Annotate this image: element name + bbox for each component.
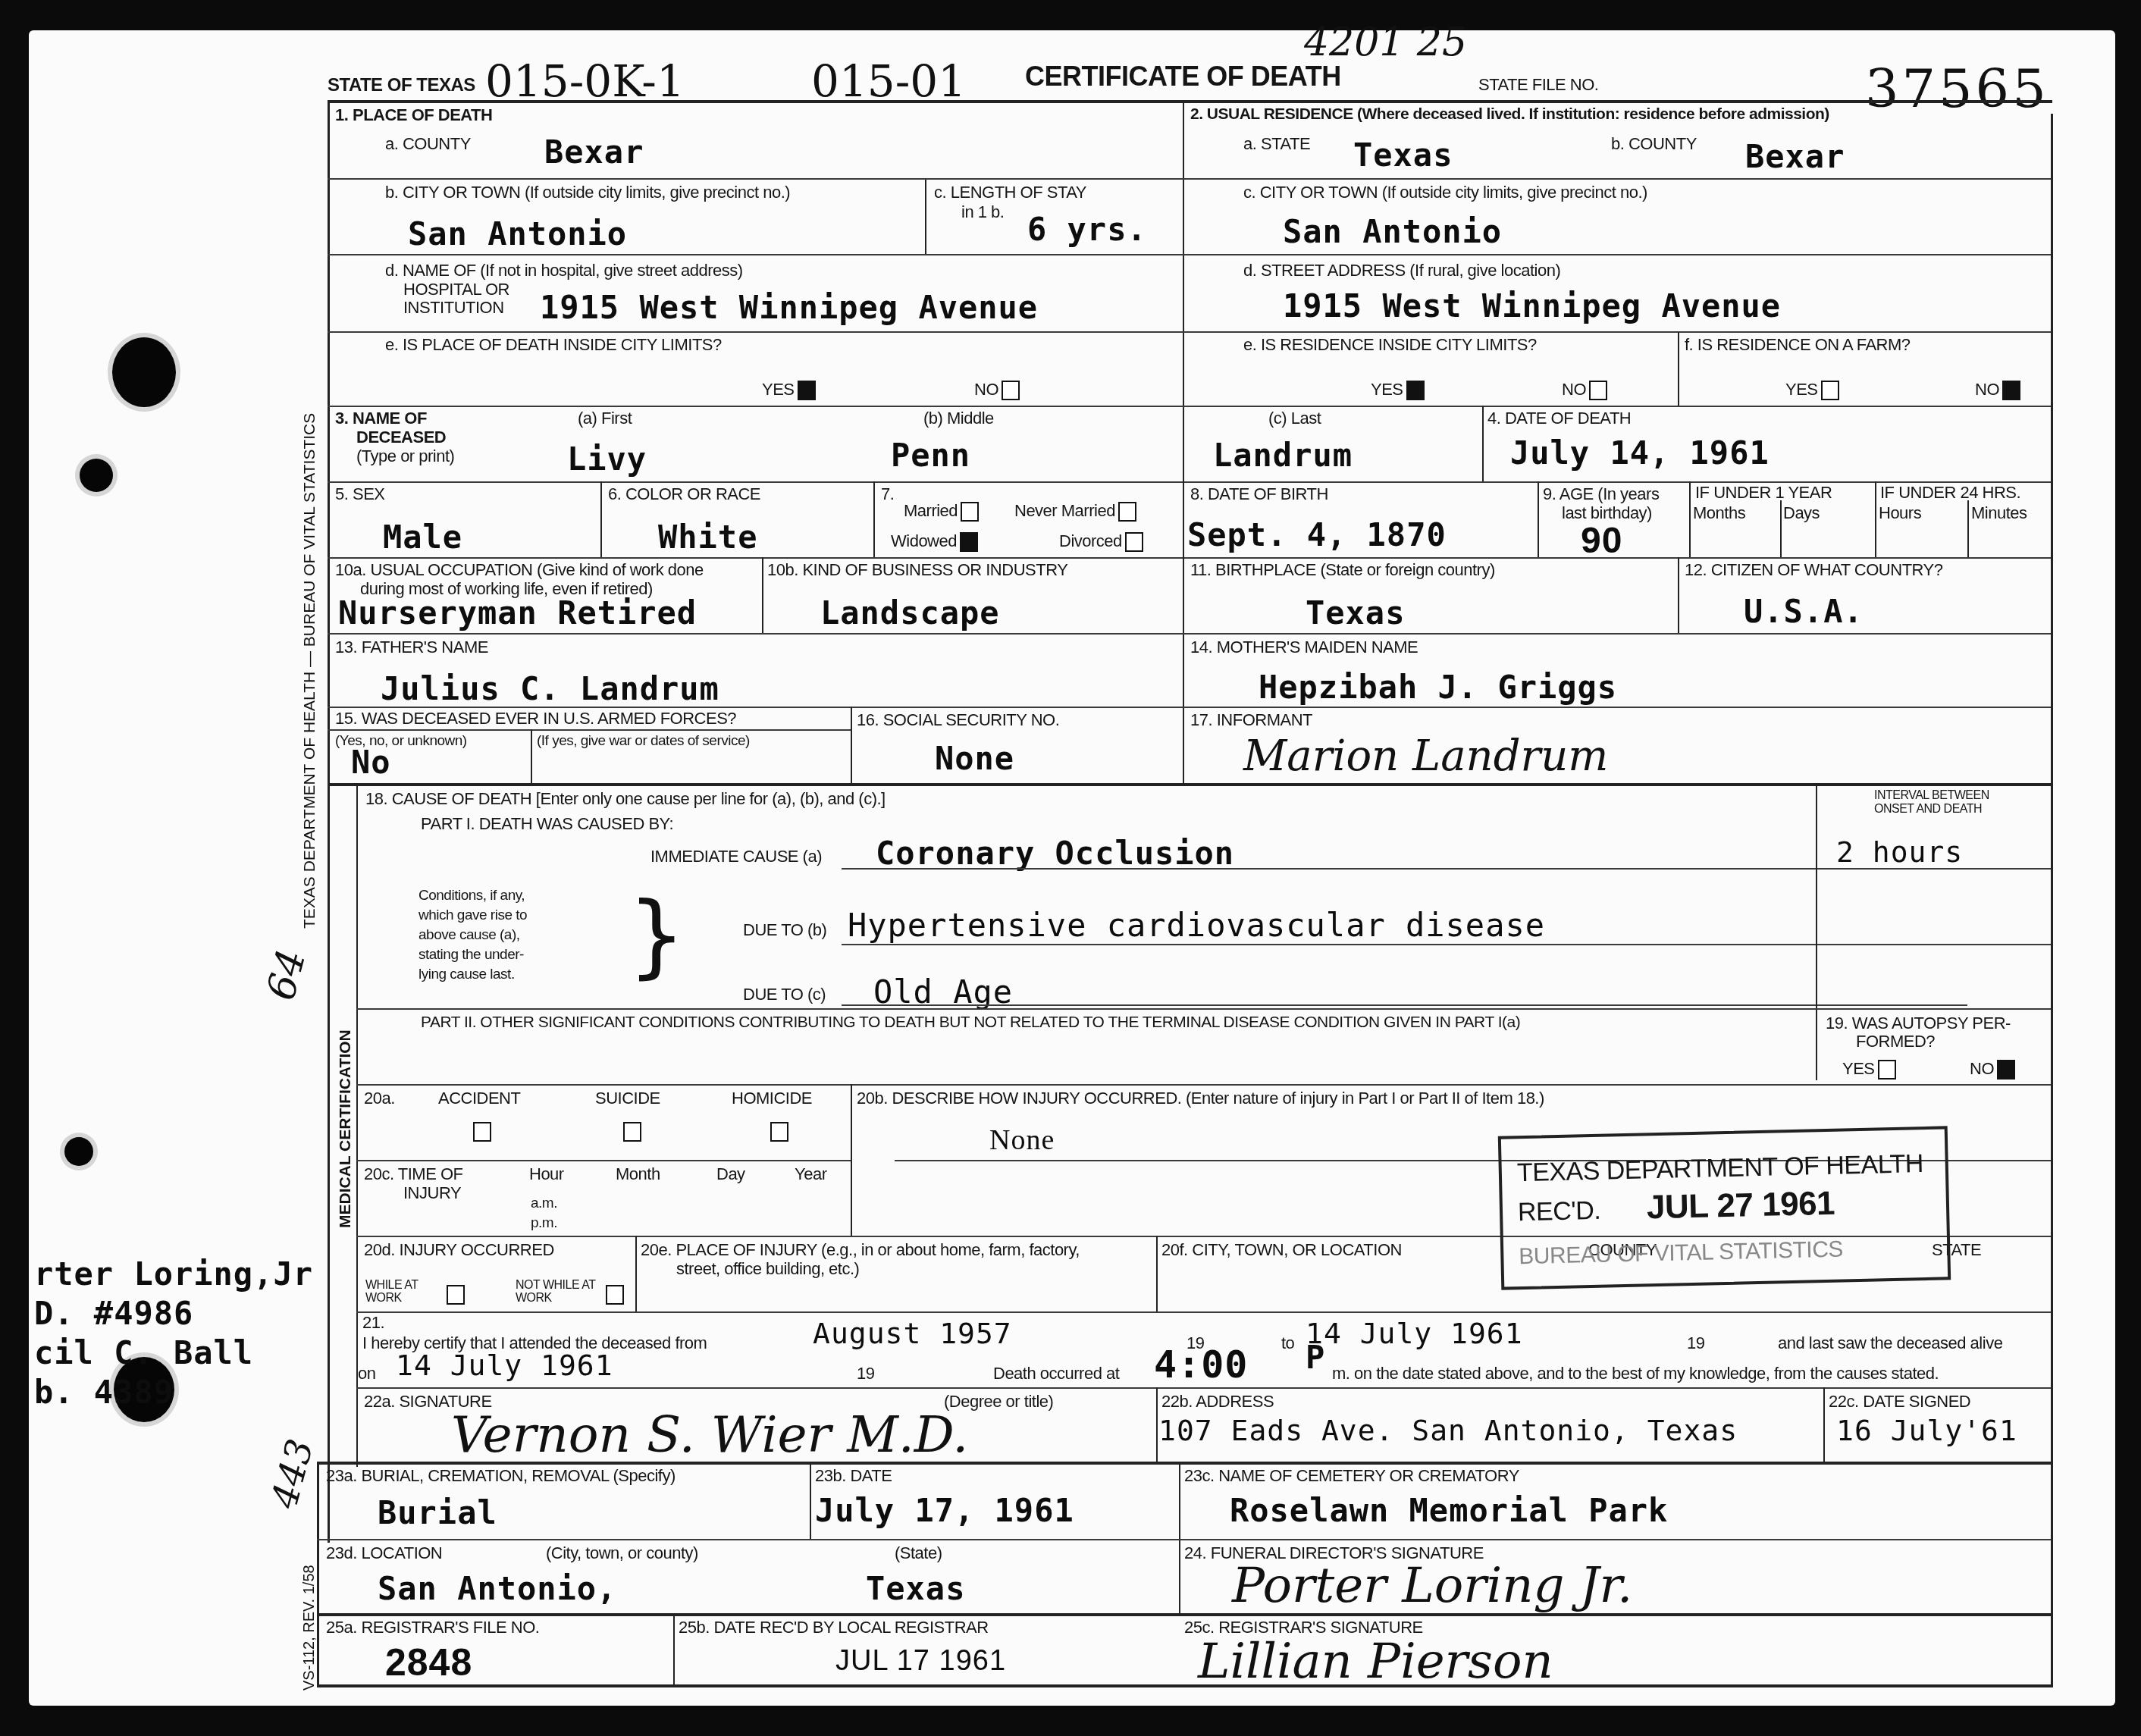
interval-divider [1816, 785, 1817, 1080]
father-name-label: 13. FATHER'S NAME [335, 638, 488, 656]
death-ampm-value: P [1306, 1342, 1325, 1374]
checkbox-checked[interactable] [1406, 381, 1425, 400]
month-label: Month [616, 1165, 660, 1183]
autopsy-no[interactable]: NO [1970, 1060, 2015, 1080]
divider [1875, 481, 1876, 557]
death-inside-limits-label: e. IS PLACE OF DEATH INSIDE CITY LIMITS? [385, 336, 722, 353]
name-of-deceased-label-3: (Type or print) [356, 447, 454, 465]
homicide-checkbox[interactable] [770, 1122, 788, 1142]
homicide-label: HOMICIDE [732, 1089, 812, 1107]
registrar-file-no-label: 25a. REGISTRAR'S FILE NO. [326, 1618, 539, 1636]
marital-married[interactable]: Married [904, 502, 979, 522]
part1-label: PART I. DEATH WAS CAUSED BY: [421, 815, 673, 832]
residence-city-label: c. CITY OR TOWN (If outside city limits,… [1243, 183, 1647, 201]
rule [842, 944, 2051, 945]
divider [600, 481, 602, 557]
due-to-b-value: Hypertensive cardiovascular disease [848, 910, 1545, 942]
due-to-c-label: DUE TO (c) [743, 986, 826, 1003]
rule [356, 1160, 851, 1161]
age-label-2: last birthday) [1562, 504, 1652, 522]
margin-typed-line-2: D. #4986 [34, 1298, 193, 1330]
injury-describe-value: None [989, 1126, 1055, 1155]
mother-name-value: Hepzibah J. Griggs [1259, 672, 1617, 703]
months-label: Months [1693, 504, 1745, 522]
checkbox-empty[interactable] [1878, 1060, 1896, 1080]
date-of-birth-value: Sept. 4, 1870 [1187, 519, 1447, 551]
informant-label: 17. INFORMANT [1190, 711, 1312, 729]
death-city-label: b. CITY OR TOWN (If outside city limits,… [385, 183, 790, 201]
marital-divorced[interactable]: Divorced [1059, 532, 1143, 552]
death-inside-limits-yes[interactable]: YES [762, 381, 816, 400]
residence-street-label: d. STREET ADDRESS (If rural, give locati… [1243, 262, 1560, 279]
autopsy-label-2: FORMED? [1856, 1033, 1935, 1050]
under-24-hrs-label: IF UNDER 24 HRS. [1880, 484, 2020, 501]
divider [673, 1615, 675, 1687]
rule [842, 1004, 1967, 1006]
form-right-border [2051, 114, 2053, 1687]
received-stamp: TEXAS DEPARTMENT OF HEALTH REC'D. JUL 27… [1498, 1126, 1951, 1289]
name-of-deceased-label-2: DECEASED [356, 428, 446, 446]
stamp-line-2-prefix: REC'D. [1518, 1198, 1601, 1227]
divider [1678, 332, 1679, 406]
injury-describe-label: 20b. DESCRIBE HOW INJURY OCCURRED. (Ente… [857, 1089, 1544, 1107]
nineteen-label-3: 19 [857, 1365, 874, 1382]
certify-text-2: and last saw the deceased alive [1778, 1334, 2002, 1352]
age-value: 90 [1581, 523, 1622, 559]
armed-forces-sublabel-2: (If yes, give war or dates of service) [537, 734, 750, 749]
nineteen-label-2: 19 [1687, 1334, 1704, 1352]
punch-hole [112, 337, 176, 407]
punch-hole [64, 1137, 93, 1166]
divider [1689, 481, 1691, 557]
rule [328, 254, 2051, 255]
divider [635, 1236, 637, 1311]
immediate-cause-label: IMMEDIATE CAUSE (a) [650, 848, 822, 865]
form-left-border-lower [317, 1463, 319, 1687]
registrar-file-no-value: 2848 [385, 1644, 472, 1681]
rule [328, 707, 2051, 708]
birthplace-label: 11. BIRTHPLACE (State or foreign country… [1190, 561, 1495, 578]
residence-state-value: Texas [1353, 139, 1453, 171]
margin-typed-line-3: cil C. Ball [34, 1337, 253, 1369]
divider [762, 557, 763, 633]
am-label: a.m. [531, 1196, 557, 1211]
sex-label: 5. SEX [335, 485, 384, 503]
form-revision-label: VS-112, REV. 1/58 [301, 1565, 318, 1691]
age-label: 9. AGE (In years [1543, 485, 1659, 503]
stamp-date: JUL 27 1961 [1646, 1186, 1835, 1226]
on-label: on [358, 1365, 375, 1382]
checkbox-empty[interactable] [1125, 532, 1143, 552]
marital-widowed[interactable]: Widowed [891, 532, 978, 552]
minutes-label: Minutes [1971, 504, 2027, 522]
punch-hole [80, 459, 113, 492]
residence-farm-no[interactable]: NO [1975, 381, 2020, 400]
day-label: Day [716, 1165, 745, 1183]
checkbox-empty[interactable] [1118, 502, 1136, 522]
margin-typed-line-1: rter Loring,Jr [34, 1258, 313, 1290]
birthplace-value: Texas [1306, 597, 1405, 629]
checkbox-checked[interactable] [1997, 1060, 2015, 1080]
disposition-label: 23a. BURIAL, CREMATION, REMOVAL (Specify… [326, 1467, 676, 1484]
place-of-injury-label-2: street, office building, etc.) [676, 1260, 859, 1277]
certificate-title: CERTIFICATE OF DEATH [1025, 62, 1341, 91]
margin-typed-line-4: b. 4389 [34, 1377, 174, 1409]
stamp-line-3: BUREAU OF VITAL STATISTICS [1519, 1237, 1843, 1268]
part2-label: PART II. OTHER SIGNIFICANT CONDITIONS CO… [421, 1014, 1520, 1031]
rule [356, 1311, 2051, 1313]
state-file-no-label: STATE FILE NO. [1478, 76, 1598, 93]
residence-county-label: b. COUNTY [1611, 135, 1697, 152]
interval-label-2: ONSET AND DEATH [1874, 804, 1982, 816]
location-city-value: San Antonio, [378, 1573, 616, 1605]
conditions-note-4: stating the under- [418, 948, 524, 963]
funeral-director-signature: Porter Loring Jr. [1232, 1562, 1632, 1610]
vertical-medical-label: MEDICAL CERTIFICATION [337, 1029, 355, 1228]
conditions-note-2: which gave rise to [418, 908, 527, 923]
divider [531, 729, 532, 785]
divider [1823, 1387, 1825, 1463]
checkbox-checked[interactable] [960, 532, 978, 552]
rule [356, 1387, 2051, 1389]
suicide-label: SUICIDE [595, 1089, 660, 1107]
date-recd-label: 25b. DATE REC'D BY LOCAL REGISTRAR [679, 1618, 989, 1636]
last-seen-value: 14 July 1961 [396, 1351, 613, 1380]
divider [1156, 1236, 1158, 1311]
divider [1156, 1387, 1158, 1463]
suicide-checkbox[interactable] [623, 1122, 641, 1142]
citizen-label: 12. CITIZEN OF WHAT COUNTRY? [1685, 561, 1942, 578]
accident-label: ACCIDENT [438, 1089, 520, 1107]
rule [317, 1539, 2051, 1540]
residence-inside-yes[interactable]: YES [1371, 381, 1425, 400]
registrar-section-top [317, 1613, 2051, 1616]
injury-time-label: 20c. TIME OF [364, 1165, 463, 1183]
date-of-death-label: 4. DATE OF DEATH [1487, 409, 1631, 427]
rule [328, 633, 2051, 635]
attended-to-value: 14 July 1961 [1306, 1319, 1523, 1348]
death-county-label: a. COUNTY [385, 135, 471, 152]
last-name-label: (c) Last [1268, 409, 1321, 427]
handwritten-64: 64 [261, 945, 312, 1004]
form-bottom-border [317, 1684, 2053, 1687]
checkbox-empty[interactable] [1002, 381, 1020, 400]
vertical-dept-label: TEXAS DEPARTMENT OF HEALTH — BUREAU OF V… [301, 413, 319, 929]
registrar-signature: Lillian Pierson [1198, 1637, 1553, 1686]
interval-value: 2 hours [1836, 838, 1963, 866]
residence-county-value: Bexar [1745, 141, 1845, 173]
armed-forces-value: No [351, 747, 391, 779]
cause-of-death-label: 18. CAUSE OF DEATH [Enter only one cause… [365, 790, 886, 807]
hospital-value: 1915 West Winnipeg Avenue [540, 292, 1038, 324]
residence-farm-yes[interactable]: YES [1785, 381, 1839, 400]
center-divider [1183, 102, 1184, 785]
disposition-value: Burial [378, 1497, 497, 1529]
race-value: White [658, 522, 757, 553]
physician-address-value: 107 Eads Ave. San Antonio, Texas [1158, 1416, 1738, 1445]
year-label: Year [795, 1165, 826, 1183]
rule [328, 178, 2051, 180]
autopsy-label-1: 19. WAS AUTOPSY PER- [1826, 1014, 2011, 1032]
place-of-injury-label: 20e. PLACE OF INJURY (e.g., in or about … [641, 1241, 1080, 1258]
death-time-value: 4:00 [1154, 1346, 1248, 1383]
pm-label: p.m. [531, 1216, 557, 1231]
stamp-line-1: TEXAS DEPARTMENT OF HEALTH [1516, 1151, 1923, 1187]
divider [873, 481, 875, 557]
residence-city-value: San Antonio [1283, 216, 1502, 248]
divider [851, 1084, 852, 1236]
due-to-c-value: Old Age [873, 976, 1013, 1008]
while-at-work-checkbox[interactable] [447, 1285, 465, 1305]
rule [356, 1084, 2051, 1086]
race-label: 6. COLOR OR RACE [608, 485, 760, 503]
cemetery-value: Roselawn Memorial Park [1230, 1495, 1668, 1527]
form-left-border [328, 100, 330, 1543]
death-occurred-at-label: Death occurred at [993, 1365, 1119, 1382]
injury-type-label: 20a. [364, 1089, 395, 1107]
sex-value: Male [383, 522, 462, 553]
burial-date-value: July 17, 1961 [815, 1495, 1074, 1527]
injury-time-label-2: INJURY [403, 1184, 461, 1202]
divider [810, 1463, 811, 1539]
divider [1780, 500, 1782, 557]
name-of-deceased-label: 3. NAME OF [335, 409, 427, 427]
first-name-value: Livy [567, 443, 647, 475]
marital-label: 7. [881, 485, 894, 503]
not-while-at-work-checkbox[interactable] [606, 1285, 624, 1305]
date-of-death-value: July 14, 1961 [1510, 437, 1770, 469]
middle-name-value: Penn [891, 440, 970, 472]
hospital-label-3: INSTITUTION [403, 299, 504, 316]
handwritten-top-code: 4201 25 [1304, 23, 1467, 62]
physician-address-label: 22b. ADDRESS [1161, 1393, 1274, 1410]
conditions-note-1: Conditions, if any, [418, 888, 525, 904]
first-name-label: (a) First [578, 409, 632, 427]
rule [328, 729, 851, 731]
location-state-label: (State) [895, 1544, 942, 1562]
rule [328, 331, 2051, 333]
divider [1183, 557, 1184, 633]
divider [1482, 406, 1484, 481]
divider [1967, 500, 1969, 557]
form-top-border [328, 100, 2052, 103]
occupation-label: 10a. USUAL OCCUPATION (Give kind of work… [335, 561, 704, 578]
ssn-label: 16. SOCIAL SECURITY NO. [857, 711, 1059, 729]
armed-forces-label: 15. WAS DECEASED EVER IN U.S. ARMED FORC… [335, 710, 736, 727]
marital-never-married[interactable]: Never Married [1014, 502, 1136, 522]
interval-label-1: INTERVAL BETWEEN [1874, 790, 1989, 803]
injury-occurred-label: 20d. INJURY OCCURRED [364, 1241, 554, 1258]
length-of-stay-sublabel: in 1 b. [961, 203, 1004, 221]
conditions-note-3: above cause (a), [418, 928, 520, 943]
death-county-value: Bexar [544, 136, 644, 168]
mother-name-label: 14. MOTHER'S MAIDEN NAME [1190, 638, 1418, 656]
residence-inside-no[interactable]: NO [1562, 381, 1607, 400]
place-of-death-label: 1. PLACE OF DEATH [335, 106, 492, 124]
industry-value: Landscape [820, 597, 1000, 629]
length-of-stay-label: c. LENGTH OF STAY [934, 183, 1086, 201]
residence-farm-label: f. IS RESIDENCE ON A FARM? [1685, 336, 1911, 353]
divider [851, 707, 852, 785]
immediate-cause-value: Coronary Occlusion [876, 838, 1234, 870]
hospital-label: d. NAME OF (If not in hospital, give str… [385, 262, 743, 279]
divider [1678, 557, 1679, 633]
checkbox-empty[interactable] [961, 502, 979, 522]
certify-text-3: m. on the date stated above, and to the … [1332, 1365, 1939, 1382]
checkbox-checked[interactable] [798, 381, 816, 400]
handwritten-code-2: 015-01 [811, 59, 966, 103]
hospital-label-2: HOSPITAL OR [403, 280, 509, 298]
date-of-birth-label: 8. DATE OF BIRTH [1190, 485, 1328, 503]
informant-signature: Marion Landrum [1243, 735, 1608, 778]
father-name-value: Julius C. Landrum [381, 673, 719, 705]
date-signed-label: 22c. DATE SIGNED [1829, 1393, 1970, 1410]
conditions-note-5: lying cause last. [418, 967, 515, 982]
middle-name-label: (b) Middle [923, 409, 994, 427]
ssn-value: None [935, 743, 1014, 775]
burial-location-label: 23d. LOCATION [326, 1544, 442, 1562]
attended-from-value: August 1957 [813, 1319, 1012, 1348]
checkbox-empty[interactable] [1589, 381, 1607, 400]
divider [1538, 481, 1539, 557]
citizen-value: U.S.A. [1744, 596, 1864, 628]
not-while-at-work[interactable]: NOT WHILE AT WORK [516, 1280, 599, 1305]
residence-inside-limits-label: e. IS RESIDENCE INSIDE CITY LIMITS? [1243, 336, 1537, 353]
while-at-work[interactable]: WHILE AT WORK [365, 1280, 437, 1305]
state-file-number: 37565 [1865, 62, 2049, 115]
rule [328, 557, 2051, 559]
accident-checkbox[interactable] [473, 1122, 491, 1142]
checkbox-checked[interactable] [2002, 381, 2020, 400]
divider [1183, 481, 1184, 557]
handwritten-code-1: 015-0K-1 [485, 59, 685, 103]
residence-state-label: a. STATE [1243, 135, 1310, 152]
burial-date-label: 23b. DATE [815, 1467, 892, 1484]
cemetery-label: 23c. NAME OF CEMETERY OR CREMATORY [1184, 1467, 1519, 1484]
due-to-b-label: DUE TO (b) [743, 921, 826, 939]
rule [356, 1008, 2051, 1010]
burial-section-top [317, 1462, 2051, 1465]
hours-label: Hours [1879, 504, 1921, 522]
date-recd-value: JUL 17 1961 [835, 1647, 1006, 1675]
autopsy-yes[interactable]: YES [1842, 1060, 1896, 1080]
to-label: to [1281, 1334, 1294, 1352]
length-of-stay-value: 6 yrs. [1027, 214, 1147, 246]
date-signed-value: 16 July'61 [1836, 1416, 2017, 1445]
injury-city-label: 20f. CITY, TOWN, OR LOCATION [1161, 1241, 1402, 1258]
residence-street-value: 1915 West Winnipeg Avenue [1283, 290, 1781, 322]
occupation-value: Nurseryman Retired [338, 597, 697, 629]
location-state-value: Texas [866, 1573, 965, 1605]
rule [328, 406, 2051, 407]
location-city-label: (City, town, or county) [546, 1544, 698, 1562]
divider [925, 180, 926, 254]
death-inside-limits-no[interactable]: NO [974, 381, 1020, 400]
medical-section-top [328, 783, 2051, 786]
death-city-value: San Antonio [408, 218, 627, 250]
last-name-value: Landrum [1213, 440, 1353, 472]
under-1-year-label: IF UNDER 1 YEAR [1695, 484, 1832, 501]
brace-icon: } [628, 891, 685, 982]
usual-residence-label: 2. USUAL RESIDENCE (Where deceased lived… [1190, 106, 1829, 123]
certify-number: 21. [362, 1314, 384, 1331]
state-of-texas-label: STATE OF TEXAS [328, 76, 475, 95]
checkbox-empty[interactable] [1821, 381, 1839, 400]
days-label: Days [1783, 504, 1820, 522]
physician-signature: Vernon S. Wier M.D. [451, 1410, 968, 1460]
industry-label: 10b. KIND OF BUSINESS OR INDUSTRY [767, 561, 1067, 578]
hour-label: Hour [529, 1165, 564, 1183]
